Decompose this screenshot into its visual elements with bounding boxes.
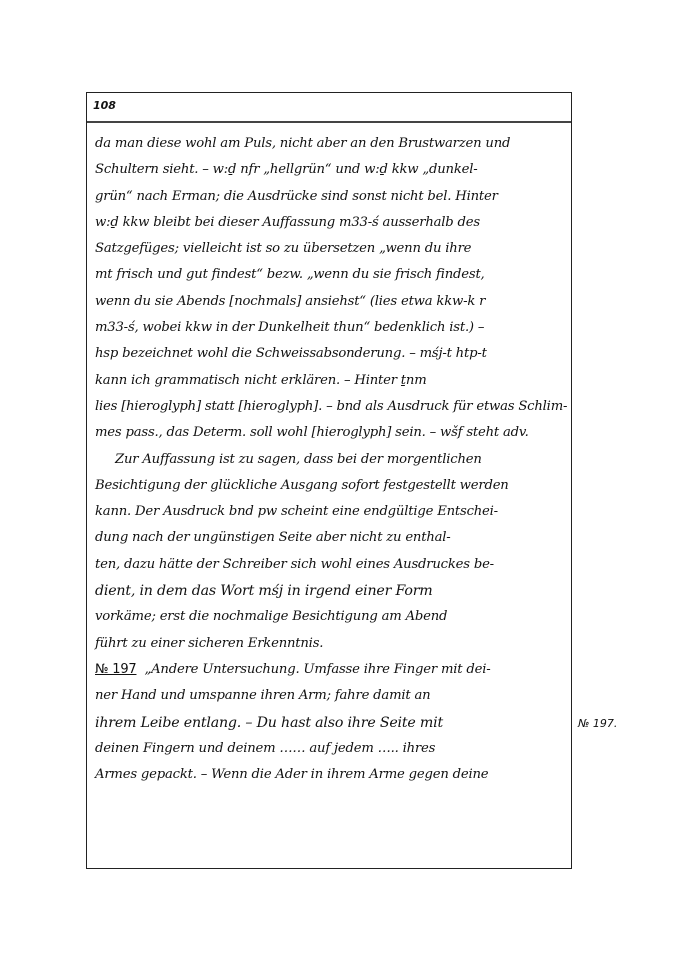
text-line: wenn du sie Abends [nochmals] ansiehst“ … [95, 289, 567, 315]
entry-line: ihrem Leibe entlang. – Du hast also ihre… [95, 710, 567, 736]
text-line: ten, dazu hätte der Schreiber sich wohl … [95, 552, 567, 578]
entry-line: deinen Fingern und deinem …… auf jedem …… [95, 736, 567, 762]
text-line: da man diese wohl am Puls, nicht aber an… [95, 131, 567, 157]
page-header: 108 [87, 93, 571, 123]
text-line: lies [hieroglyph] statt [hieroglyph]. – … [95, 394, 567, 420]
text-line: Besichtigung der glückliche Ausgang sofo… [95, 473, 567, 499]
text-line: vorkäme; erst die nochmalige Besichtigun… [95, 604, 567, 630]
text-line: mt frisch und gut findest“ bezw. „wenn d… [95, 262, 567, 288]
entry-line: Armes gepackt. – Wenn die Ader in ihrem … [95, 762, 567, 788]
text-line: grün“ nach Erman; die Ausdrücke sind son… [95, 184, 567, 210]
text-line: m33-ś, wobei kkw in der Dunkelheit thun“… [95, 315, 567, 341]
text-line: kann. Der Ausdruck bnd pw scheint eine e… [95, 499, 567, 525]
page-frame: 108 da man diese wohl am Puls, nicht abe… [86, 92, 572, 869]
margin-note: № 197. [578, 717, 617, 730]
text-line: kann ich grammatisch nicht erklären. – H… [95, 368, 567, 394]
text-line: w:ḏ kkw bleibt bei dieser Auffassung m33… [95, 210, 567, 236]
page-body: da man diese wohl am Puls, nicht aber an… [95, 131, 567, 788]
page-number: 108 [93, 99, 116, 112]
text-line: dient, in dem das Wort mśj in irgend ein… [95, 578, 567, 604]
entry-heading-line: № 197 „Andere Untersuchung. Umfasse ihre… [95, 657, 567, 683]
entry-text: „Andere Untersuchung. Umfasse ihre Finge… [144, 662, 490, 677]
text-line: Schultern sieht. – w:ḏ nfr „hellgrün“ un… [95, 157, 567, 183]
entry-line: ner Hand und umspanne ihren Arm; fahre d… [95, 683, 567, 709]
paragraph-start-line: Zur Auffassung ist zu sagen, dass bei de… [95, 447, 567, 473]
text-line: Satzgefüges; vielleicht ist so zu überse… [95, 236, 567, 262]
text-line: mes pass., das Determ. soll wohl [hierog… [95, 420, 567, 446]
text-line: führt zu einer sicheren Erkenntnis. [95, 631, 567, 657]
entry-number: № 197 [95, 662, 136, 677]
text-line: hsp bezeichnet wohl die Schweissabsonder… [95, 341, 567, 367]
text-line: dung nach der ungünstigen Seite aber nic… [95, 525, 567, 551]
